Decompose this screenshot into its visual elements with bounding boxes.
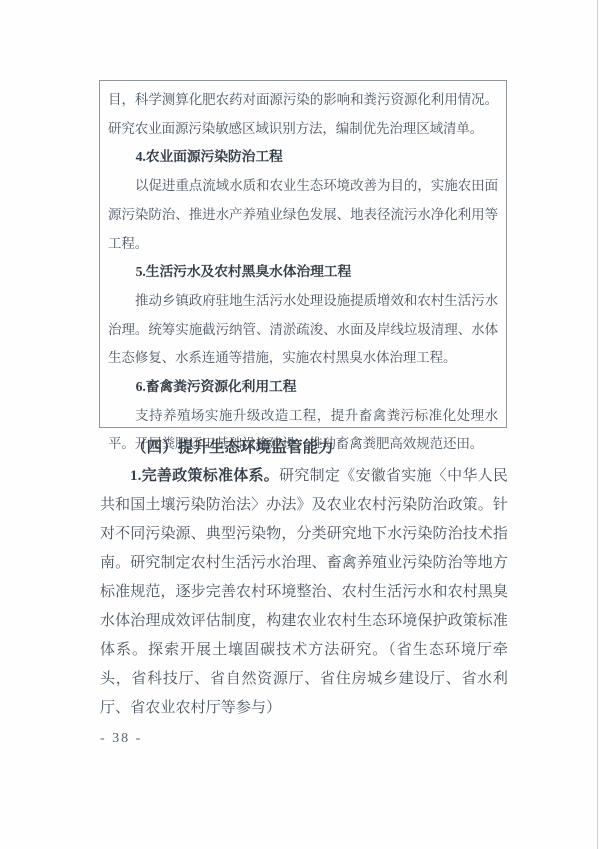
scan-edge-line [597,0,598,849]
project-heading-6: 6.畜禽粪污资源化利用工程 [108,373,498,402]
section-four: （四）提升生态环境监管能力 1.完善政策标准体系。研究制定《安徽省实施〈中华人民… [100,433,508,723]
project-paragraph-4: 以促进重点流域水质和农业生态环境改善为目的，实施农田面源污染防治、推进水产养殖业… [108,172,498,258]
content-box: 目，科学测算化肥农药对面源污染的影响和粪污资源化利用情况。研究农业面源污染敏感区… [99,80,507,428]
project-paragraph-5: 推动乡镇政府驻地生活污水处理设施提质增效和农村生活污水治理。统筹实施截污纳管、清… [108,287,498,373]
page-number: - 38 - [100,731,142,747]
project-heading-4: 4.农业面源污染防治工程 [108,143,498,172]
section-four-heading: （四）提升生态环境监管能力 [100,433,508,462]
continuation-paragraph: 目，科学测算化肥农药对面源污染的影响和粪污资源化利用情况。研究农业面源污染敏感区… [108,86,498,143]
document-page: 目，科学测算化肥农药对面源污染的影响和粪污资源化利用情况。研究农业面源污染敏感区… [0,0,600,849]
policy-item-lead: 1.完善政策标准体系。 [130,468,279,484]
section-four-paragraph: 1.完善政策标准体系。研究制定《安徽省实施〈中华人民共和国土壤污染防治法〉办法》… [100,462,508,723]
project-heading-5: 5.生活污水及农村黑臭水体治理工程 [108,258,498,287]
policy-item-body: 研究制定《安徽省实施〈中华人民共和国土壤污染防治法〉办法》及农业农村污染防治政策… [100,468,508,716]
